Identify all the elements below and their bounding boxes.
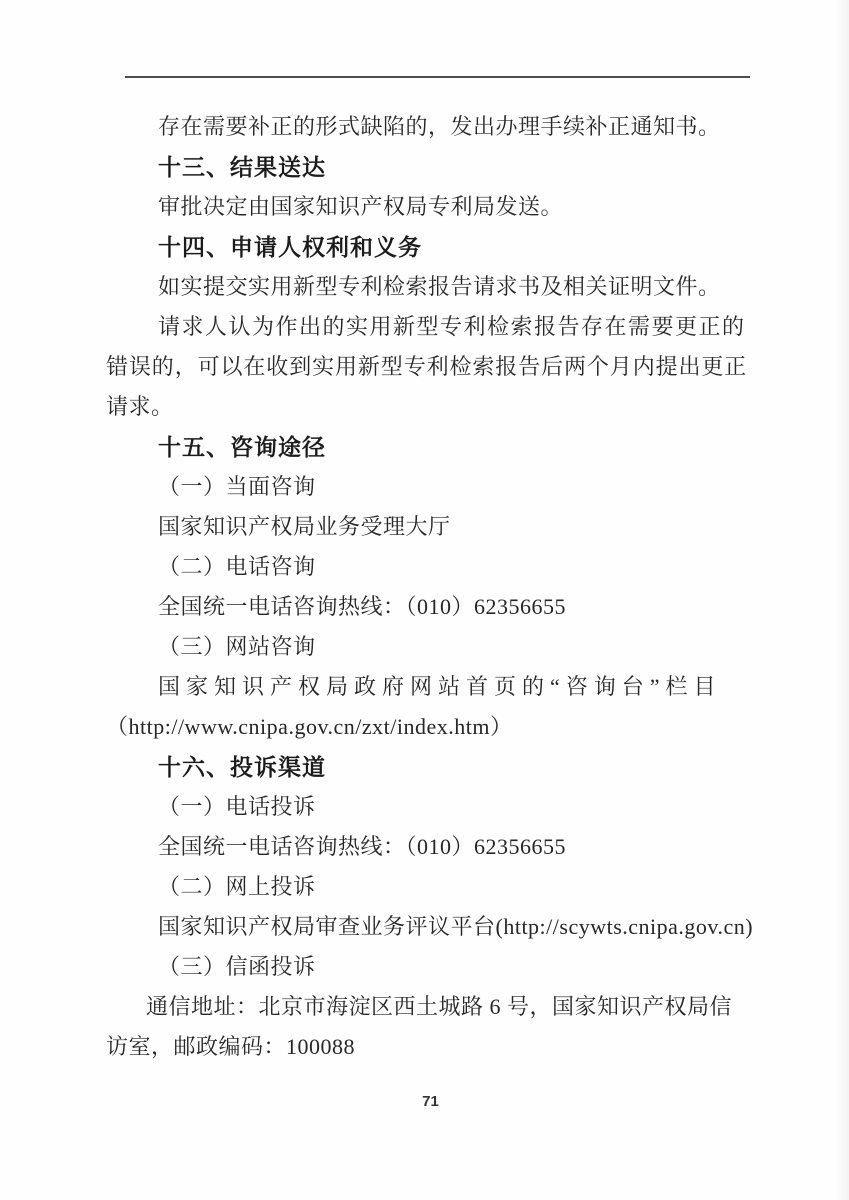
scan-edge-shadow <box>835 0 849 1200</box>
item-phone-complaint: （一）电话投诉 <box>158 787 754 827</box>
header-divider-rule <box>125 76 750 78</box>
paragraph-correction-line-2: 错误的，可以在收到实用新型专利检索报告后两个月内提出更正 <box>106 347 754 387</box>
section-heading-15-consultation-channels: 十五、咨询途径 <box>158 427 754 467</box>
paragraph-form-defect-notice: 存在需要补正的形式缺陷的，发出办理手续补正通知书。 <box>158 107 754 147</box>
item-phone-consultation: （二）电话咨询 <box>158 547 754 587</box>
paragraph-review-platform-url: 国家知识产权局审查业务评议平台(http://scywts.cnipa.gov.… <box>158 907 754 947</box>
item-website-consultation: （三）网站咨询 <box>158 627 754 667</box>
paragraph-mailing-address-line-2: 访室，邮政编码：100088 <box>106 1027 754 1067</box>
paragraph-correction-line-1: 请求人认为作出的实用新型专利检索报告存在需要更正的 <box>158 307 754 347</box>
item-inperson-consultation: （一）当面咨询 <box>158 467 754 507</box>
page-number: 71 <box>6 1093 849 1110</box>
item-online-complaint: （二）网上投诉 <box>158 867 754 907</box>
paragraph-reception-hall: 国家知识产权局业务受理大厅 <box>158 507 754 547</box>
document-page: 存在需要补正的形式缺陷的，发出办理手续补正通知书。 十三、结果送达 审批决定由国… <box>0 0 849 1200</box>
paragraph-correction-line-3: 请求。 <box>106 387 754 427</box>
paragraph-mailing-address-line-1: 通信地址：北京市海淀区西土城路 6 号，国家知识产权局信 <box>146 987 754 1027</box>
paragraph-submit-documents: 如实提交实用新型专利检索报告请求书及相关证明文件。 <box>158 267 754 307</box>
paragraph-website-column: 国家知识产权局政府网站首页的“咨询台”栏目 <box>158 667 754 707</box>
document-body: 存在需要补正的形式缺陷的，发出办理手续补正通知书。 十三、结果送达 审批决定由国… <box>106 107 754 1067</box>
paragraph-consultation-hotline: 全国统一电话咨询热线：（010）62356655 <box>158 587 754 627</box>
item-letter-complaint: （三）信函投诉 <box>158 947 754 987</box>
paragraph-approval-delivery: 审批决定由国家知识产权局专利局发送。 <box>158 187 754 227</box>
paragraph-complaint-hotline: 全国统一电话咨询热线：（010）62356655 <box>158 827 754 867</box>
section-heading-13-result-delivery: 十三、结果送达 <box>158 147 754 187</box>
paragraph-website-url: （http://www.cnipa.gov.cn/zxt/index.htm） <box>106 707 754 747</box>
section-heading-16-complaint-channels: 十六、投诉渠道 <box>158 747 754 787</box>
section-heading-14-applicant-rights: 十四、申请人权利和义务 <box>158 227 754 267</box>
